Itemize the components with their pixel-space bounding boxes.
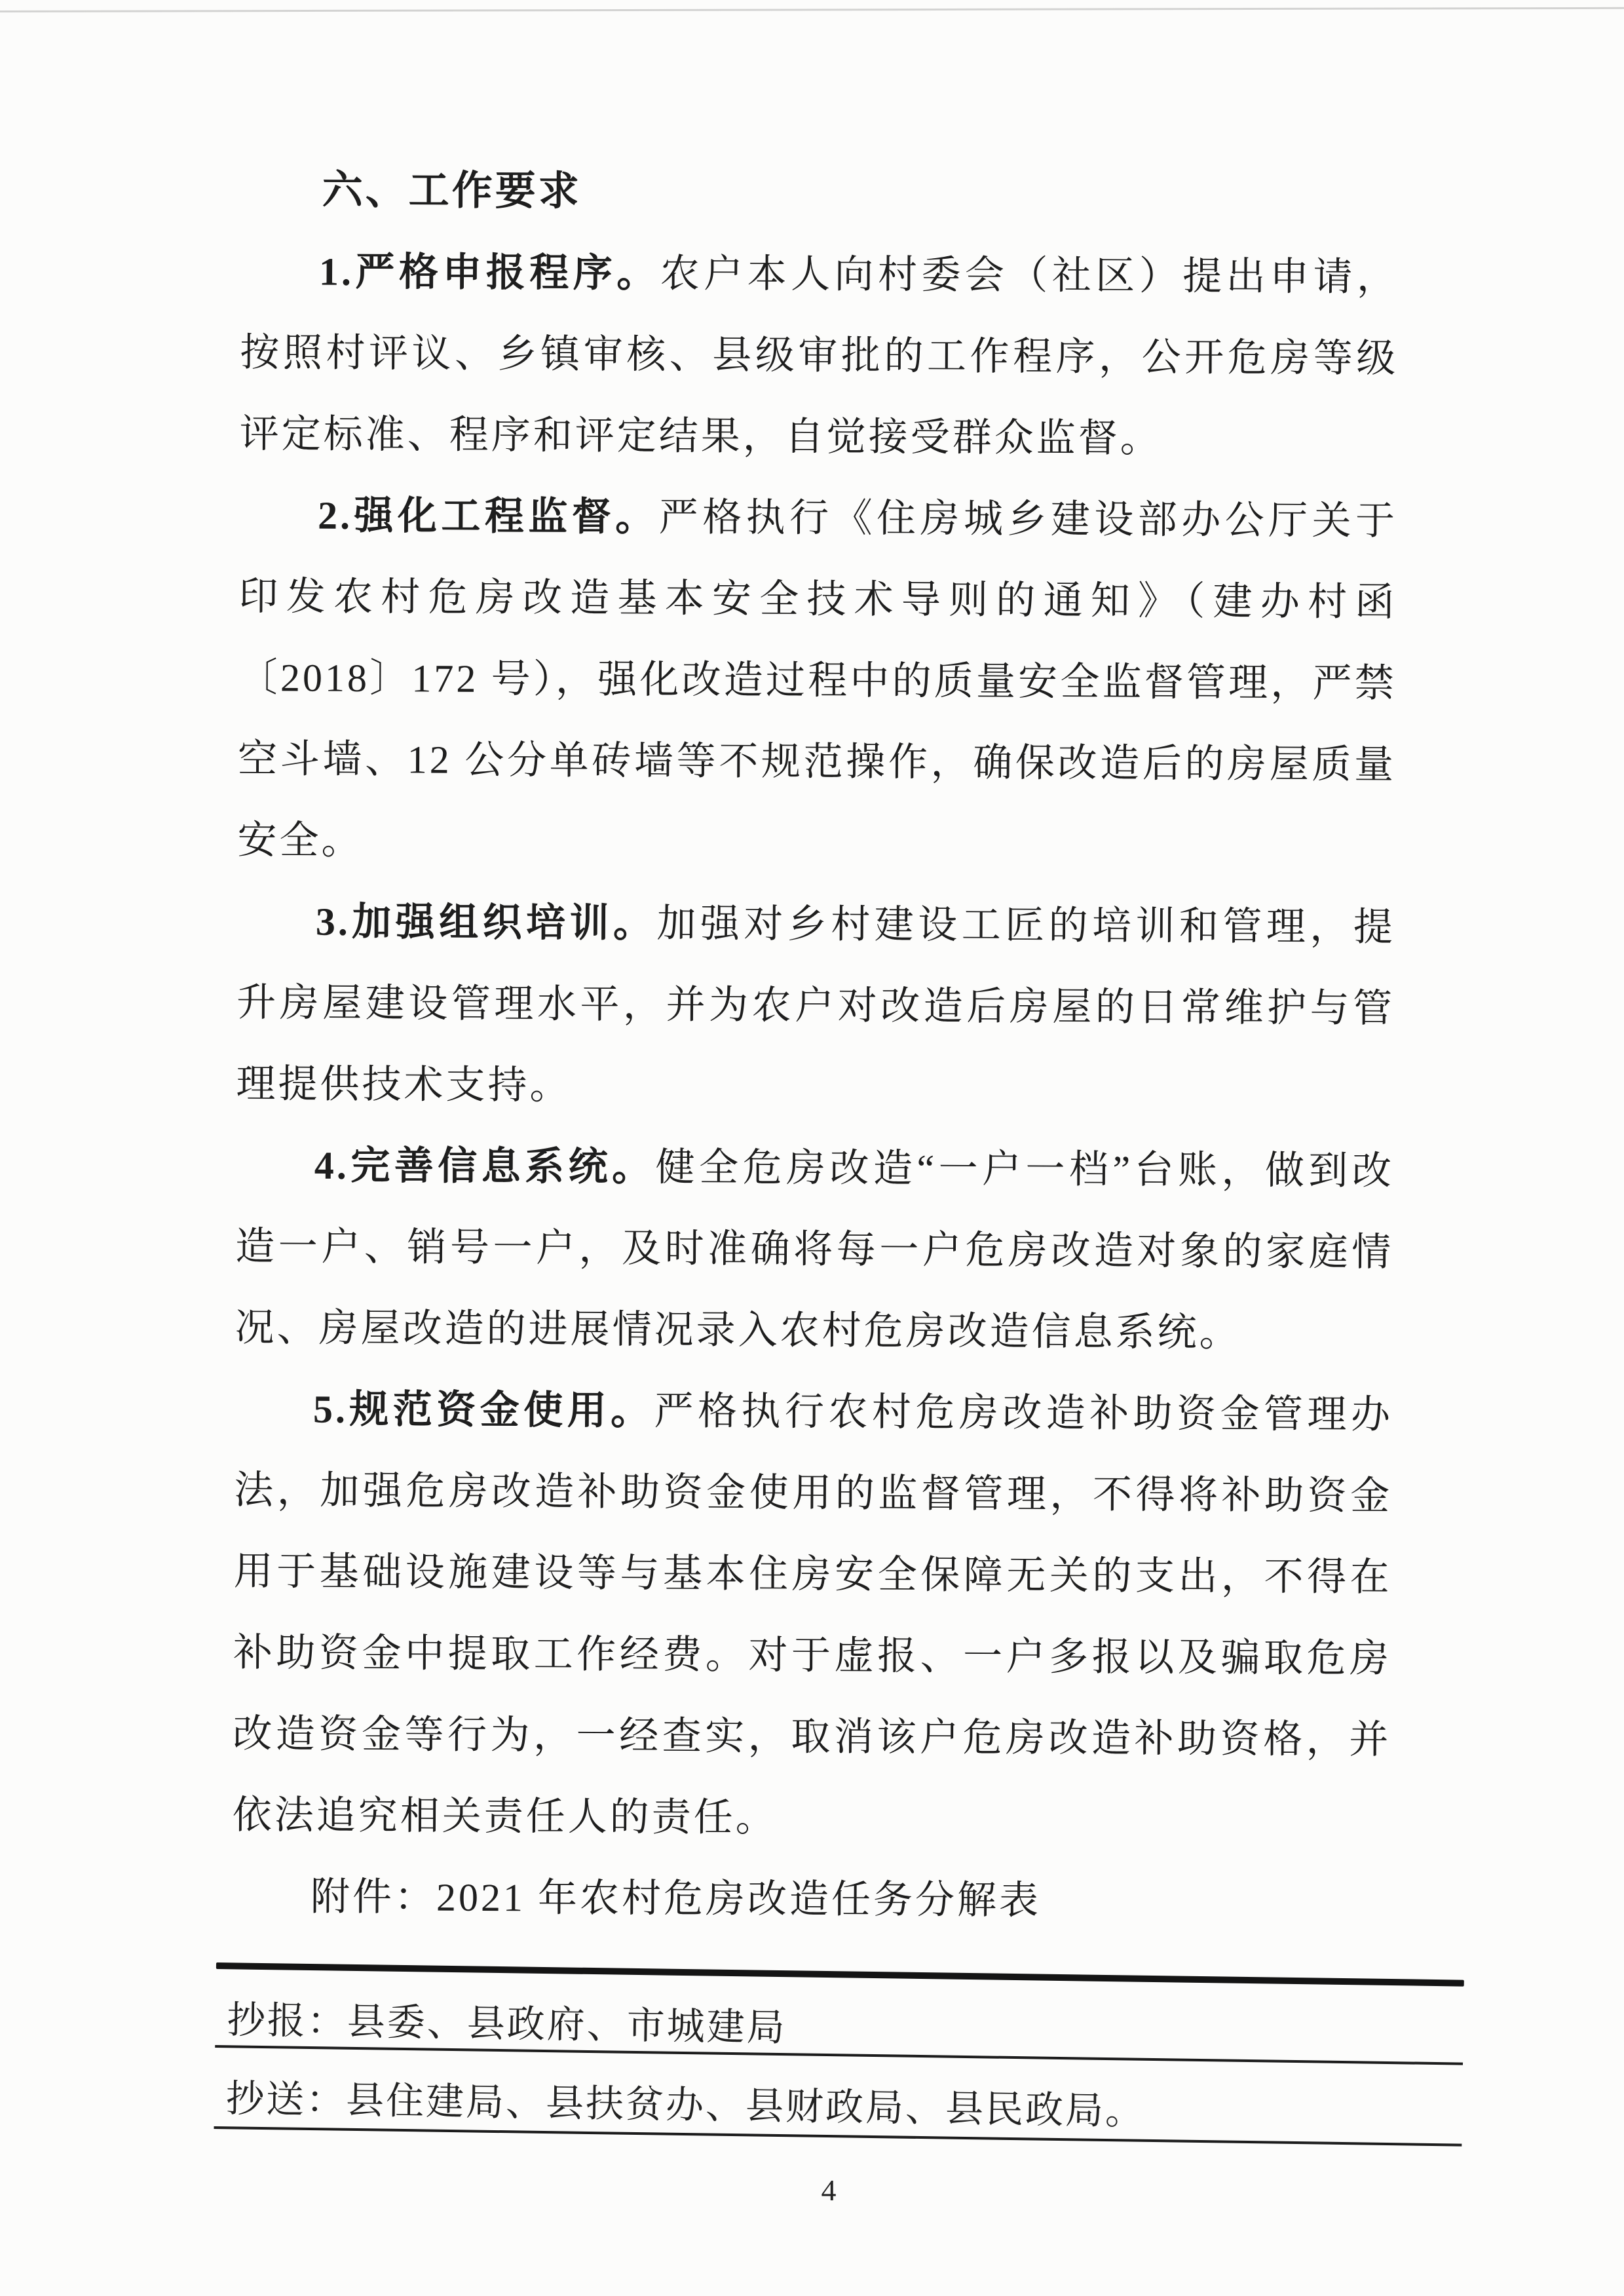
paragraph-3: 3.加强组织培训。加强对乡村建设工匠的培训和管理，提升房屋建设管理水平，并为农户… <box>236 881 1395 1130</box>
paragraph-5-body: 严格执行农村危房改造补助资金管理办法，加强危房改造补助资金使用的监督管理，不得将… <box>233 1389 1393 1839</box>
paragraph-4-lead: 4.完善信息系统。 <box>314 1144 656 1189</box>
paragraph-5: 5.规范资金使用。严格执行农村危房改造补助资金管理办法，加强危房改造补助资金使用… <box>232 1368 1393 1862</box>
paragraph-1: 1.严格申报程序。农户本人向村委会（社区）提出申请，按照村评议、乡镇审核、县级审… <box>239 231 1399 480</box>
attachment-line: 附件：2021 年农村危房改造任务分解表 <box>232 1856 1391 1943</box>
paragraph-1-lead: 1.严格申报程序。 <box>319 250 660 296</box>
paragraph-2-body: 严格执行《住房城乡建设部办公厅关于印发农村危房改造基本安全技术导则的通知》（建办… <box>237 495 1397 862</box>
section-heading: 六、工作要求 <box>240 149 1399 237</box>
paragraph-2-lead: 2.强化工程监督。 <box>318 494 659 539</box>
page-number: 4 <box>33 2174 1624 2207</box>
scanned-document-page: { "document": { "heading": "六、工作要求", "pa… <box>0 0 1624 2296</box>
paragraph-3-lead: 3.加强组织培训。 <box>316 900 657 946</box>
separator-rule-thick <box>216 1962 1464 1987</box>
scan-edge-artifact <box>0 7 1624 12</box>
paragraph-4: 4.完善信息系统。健全危房改造“一户一档”台账，做到改造一户、销号一户，及时准确… <box>235 1124 1394 1374</box>
copy-send-line: 抄送：县住建局、县扶贫办、县财政局、县民政局。 <box>214 2079 1463 2136</box>
paragraph-2: 2.强化工程监督。严格执行《住房城乡建设部办公厅关于印发农村危房改造基本安全技术… <box>237 474 1397 887</box>
paragraph-5-lead: 5.规范资金使用。 <box>313 1388 654 1433</box>
document-footer: 抄报：县委、县政府、市城建局 抄送：县住建局、县扶贫办、县财政局、县民政局。 <box>214 1962 1463 2147</box>
document-body: 六、工作要求 1.严格申报程序。农户本人向村委会（社区）提出申请，按照村评议、乡… <box>232 149 1399 1943</box>
